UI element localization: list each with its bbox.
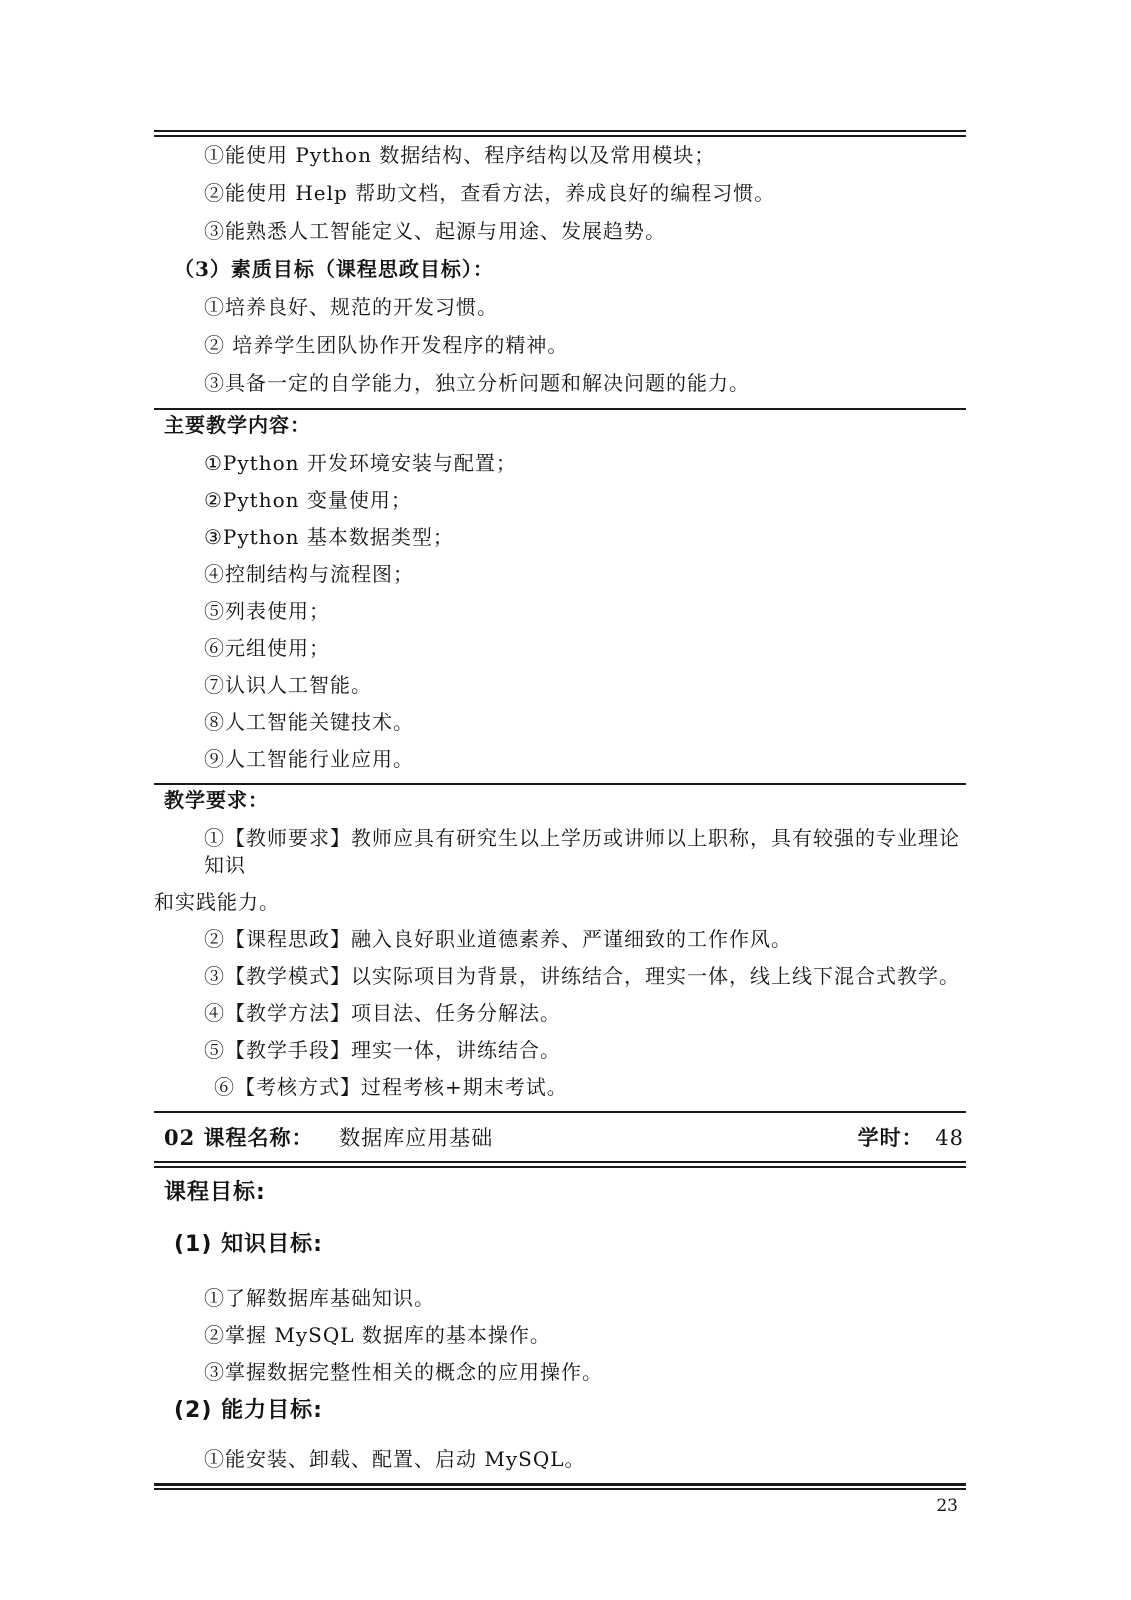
quality-item: ①培养良好、规范的开发习惯。 xyxy=(154,294,966,321)
page-number: 23 xyxy=(154,1496,966,1516)
content-item: ⑧人工智能关键技术。 xyxy=(154,709,966,736)
content-item: ①Python 开发环境安装与配置； xyxy=(154,450,966,477)
document-content: ①能使用 Python 数据结构、程序结构以及常用模块； ②能使用 Help 帮… xyxy=(154,0,966,1516)
requirement-item: ③【教学模式】以实际项目为背景，讲练结合，理实一体，线上线下混合式教学。 xyxy=(154,963,966,990)
teaching-content-heading: 主要教学内容： xyxy=(154,412,966,439)
top-double-rule xyxy=(154,130,966,137)
quality-item: ② 培养学生团队协作开发程序的精神。 xyxy=(154,332,966,359)
requirement-item-continuation: 和实践能力。 xyxy=(154,889,966,916)
course-hours-value: 48 xyxy=(935,1126,964,1150)
requirement-item: ①【教师要求】教师应具有研究生以上学历或讲师以上职称，具有较强的专业理论知识 xyxy=(154,825,966,879)
teaching-requirements-heading: 教学要求： xyxy=(154,787,966,814)
requirement-item: ②【课程思政】融入良好职业道德素养、严谨细致的工作作风。 xyxy=(154,926,966,953)
quality-item: ③具备一定的自学能力，独立分析问题和解决问题的能力。 xyxy=(154,370,966,397)
document-page: ①能使用 Python 数据结构、程序结构以及常用模块； ②能使用 Help 帮… xyxy=(0,0,1131,1600)
bottom-double-rule xyxy=(154,1483,966,1490)
requirement-item: ⑥【考核方式】过程考核+期末考试。 xyxy=(154,1074,966,1101)
content-item: ⑦认识人工智能。 xyxy=(154,672,966,699)
requirement-item: ⑤【教学手段】理实一体，讲练结合。 xyxy=(154,1037,966,1064)
content-item: ⑥元组使用； xyxy=(154,635,966,662)
content-item: ⑤列表使用； xyxy=(154,598,966,625)
knowledge-item: ②掌握 MySQL 数据库的基本操作。 xyxy=(154,1322,966,1349)
course-name: 数据库应用基础 xyxy=(339,1126,493,1150)
course-header-left: 02 课程名称： 数据库应用基础 xyxy=(164,1122,493,1152)
requirement-item: ④【教学方法】项目法、任务分解法。 xyxy=(154,1000,966,1027)
ability-goals-heading: (2) 能力目标: xyxy=(154,1396,966,1426)
ability-item: ①能使用 Python 数据结构、程序结构以及常用模块； xyxy=(154,142,966,169)
section-divider xyxy=(154,408,966,410)
course-header-row: 02 课程名称： 数据库应用基础 学时： 48 xyxy=(154,1113,966,1161)
course-header-right: 学时： 48 xyxy=(858,1122,964,1152)
knowledge-item: ③掌握数据完整性相关的概念的应用操作。 xyxy=(154,1359,966,1386)
ability-item: ②能使用 Help 帮助文档，查看方法，养成良好的编程习惯。 xyxy=(154,180,966,207)
knowledge-goals-heading: (1) 知识目标: xyxy=(154,1230,966,1260)
course-header-bottom-rule xyxy=(154,1161,966,1168)
course-number-label: 02 课程名称： xyxy=(164,1125,314,1150)
ability-item: ③能熟悉人工智能定义、起源与用途、发展趋势。 xyxy=(154,218,966,245)
content-item: ⑨人工智能行业应用。 xyxy=(154,746,966,773)
content-item: ③Python 基本数据类型； xyxy=(154,524,966,551)
course-goals-heading: 课程目标: xyxy=(154,1178,966,1208)
course-hours-label: 学时： xyxy=(858,1125,924,1150)
content-item: ④控制结构与流程图； xyxy=(154,561,966,588)
quality-goals-heading: （3）素质目标（课程思政目标）： xyxy=(154,256,966,283)
section-divider xyxy=(154,783,966,785)
ability-goal-item: ①能安装、卸载、配置、启动 MySQL。 xyxy=(154,1446,966,1473)
knowledge-item: ①了解数据库基础知识。 xyxy=(154,1285,966,1312)
content-item: ②Python 变量使用； xyxy=(154,487,966,514)
